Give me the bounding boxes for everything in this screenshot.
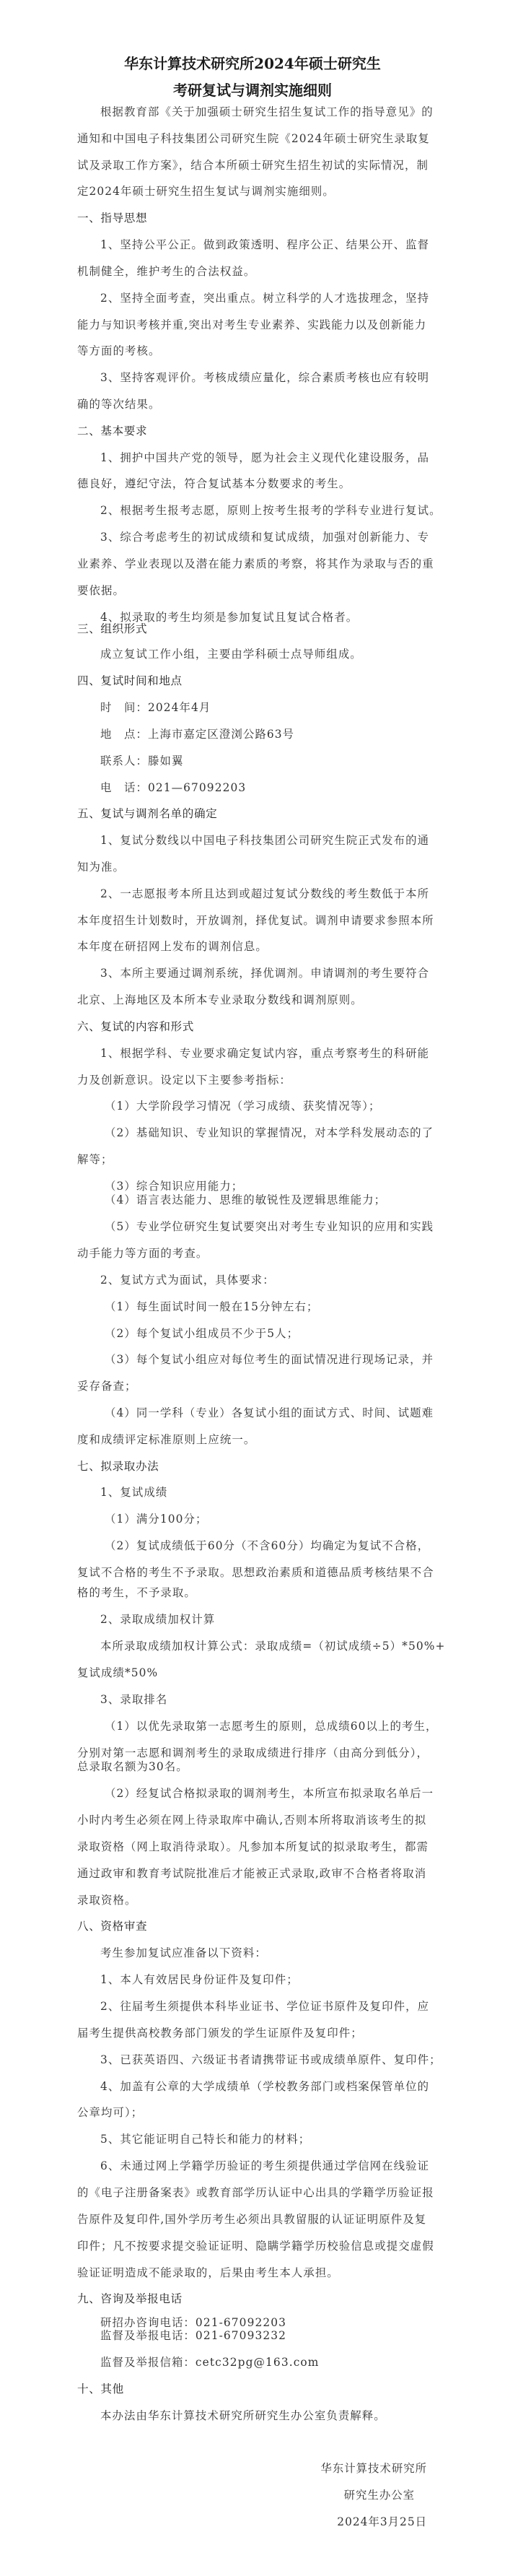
section-8-line: 2、往届考生须提供本科毕业证书、学位证书原件及复印件，应 — [100, 1999, 429, 2014]
contact-phone: 电 话：021—67092203 — [100, 780, 246, 795]
section-7-line: 录取资格（网上取消待录取）。凡参加本所复试的拟录取考生，都需 — [77, 1840, 429, 1854]
section-7-line: （1）满分100分； — [105, 1512, 208, 1526]
section-7-line: 复试不合格的考生不予录取。思想政治素质和道德品质考核结果不合 — [77, 1565, 434, 1580]
section-7-line: 2、录取成绩加权计算 — [100, 1612, 215, 1627]
section-2-line: 1、拥护中国共产党的领导，愿为社会主义现代化建设服务，品 — [100, 451, 429, 465]
signature-org: 华东计算技术研究所 — [320, 2460, 427, 2476]
section-10-line: 本办法由华东计算技术研究所研究生办公室负责解释。 — [100, 2409, 386, 2423]
section-7-line: 录取资格。 — [77, 1893, 136, 1907]
section-5-line: 本年度招生计划数时，开放调剂，择优复试。调剂申请要求参照本所 — [77, 913, 434, 928]
section-1-line: 2、坚持全面考查，突出重点。树立科学的人才选拔理念，坚持 — [100, 291, 429, 305]
section-6-line: 力及创新意识。设定以下主要参考指标： — [77, 1073, 291, 1087]
section-5-line: 1、复试分数线以中国电子科技集团公司研究生院正式发布的通 — [100, 833, 429, 848]
section-5-line: 本年度在研招网上发布的调剂信息。 — [77, 939, 268, 954]
section-7-line: 格的考生，不予录取。 — [77, 1585, 196, 1600]
section-8-line: 告原件及复印件,国外学历考生必须出具教留服的认证证明原件及复 — [77, 2212, 426, 2227]
section-7-line: 3、录取排名 — [100, 1692, 167, 1707]
report-phone: 监督及举报电话：021-67093232 — [100, 2328, 286, 2343]
section-heading-10: 十、其他 — [77, 2382, 124, 2396]
admissions-phone: 研招办咨询电话：021-67092203 — [100, 2315, 286, 2330]
intro-paragraph-line: 定2024年硕士研究生招生复试与调剂实施细则。 — [77, 184, 335, 199]
section-6-line: 动手能力等方面的考查。 — [77, 1246, 208, 1261]
section-2-line: 业素养、学业表现以及潜在能力素质的考察，将其作为录取与否的重 — [77, 557, 434, 571]
section-6-line: （3）综合知识应用能力； — [105, 1179, 243, 1193]
section-heading-6: 六、复试的内容和形式 — [77, 1019, 194, 1034]
section-8-line: 5、其它能证明自己特长和能力的材料； — [100, 2132, 310, 2146]
section-6-line: （5）专业学位研究生复试要突出对考生专业知识的应用和实践 — [105, 1219, 434, 1234]
section-6-line: （2）基础知识、专业知识的掌握情况，对本学科发展动态的了 — [105, 1126, 434, 1140]
section-5-line: 2、一志愿报考本所且达到或超过复试分数线的考生数低于本所 — [100, 887, 429, 901]
section-1-line: 等方面的考核。 — [77, 344, 160, 358]
section-heading-8: 八、资格审查 — [77, 1919, 147, 1933]
section-heading-2: 二、基本要求 — [77, 424, 147, 438]
contact-person: 联系人：滕如翼 — [100, 754, 183, 768]
section-6-line: （1）每生面试时间一般在15分钟左右； — [105, 1300, 319, 1314]
section-1-line: 能力与知识考核并重,突出对考生专业素养、实践能力以及创新能力 — [77, 318, 426, 332]
intro-paragraph-line: 试及录取工作方案》，结合本所硕士研究生招生初试的实际情况，制 — [77, 158, 429, 173]
section-7-line: （2）经复试合格拟录取的调剂考生，本所宣布拟录取名单后一 — [105, 1786, 434, 1801]
section-1-line: 1、坚持公平公正。做到政策透明、程序公正、结果公开、监督 — [100, 238, 429, 252]
section-2-line: 3、综合考虑考生的初试成绩和复试成绩，加强对创新能力、专 — [100, 530, 429, 544]
section-7-line: 1、复试成绩 — [100, 1485, 167, 1500]
section-8-line: 印件；凡不按要求提交验证证明、隐瞒学籍学历校验信息或提交虚假 — [77, 2239, 434, 2253]
signature-office: 研究生办公室 — [344, 2486, 415, 2502]
section-8-line: 4、加盖有公章的大学成绩单（学校教务部门或档案保管单位的 — [100, 2079, 429, 2094]
exam-time: 时 间：2024年4月 — [100, 700, 211, 715]
section-1-line: 确的等次结果。 — [77, 397, 160, 412]
section-2-line: 2、根据考生报考志愿，原则上按考生报考的学科专业进行复试。 — [100, 503, 442, 518]
section-6-line: （4）语言表达能力、思维的敏锐性及逻辑思维能力； — [105, 1193, 386, 1207]
section-5-line: 知为准。 — [77, 860, 125, 874]
signature-date: 2024年3月25日 — [337, 2513, 427, 2529]
report-email[interactable]: 监督及举报信箱：cetc32pg@163.com — [100, 2355, 319, 2370]
section-7-line: 小时内考生必须在网上待录取库中确认,否则本所将取消该考生的拟 — [77, 1813, 426, 1827]
section-6-line: 度和成绩评定标准原则上应统一。 — [77, 1432, 255, 1447]
section-heading-5: 五、复试与调剂名单的确定 — [77, 806, 217, 821]
intro-paragraph-line: 根据教育部《关于加强硕士研究生招生复试工作的指导意见》的 — [100, 105, 434, 119]
section-heading-1: 一、指导思想 — [77, 211, 147, 225]
section-7-line: 总录取名额为30名。 — [77, 1759, 188, 1774]
section-7-line: （1）以优先录取第一志愿考生的原则，总成绩60以上的考生， — [105, 1719, 437, 1733]
section-1-line: 机制健全，维护考生的合法权益。 — [77, 264, 255, 279]
section-8-line: 验证证明造成不能录取的，后果由考生本人承担。 — [77, 2266, 339, 2280]
section-6-line: 2、复试方式为面试，具体要求： — [100, 1273, 275, 1287]
section-6-line: （1）大学阶段学习情况（学习成绩、获奖情况等）； — [105, 1099, 380, 1113]
section-8-line: 3、已获英语四、六级证书者请携带证书或成绩单原件、复印件； — [100, 2053, 442, 2067]
document-title-line-2: 考研复试与调剂实施细则 — [77, 79, 428, 100]
section-heading-4: 四、复试时间和地点 — [77, 674, 183, 688]
section-6-line: （2）每个复试小组成员不少于5人； — [105, 1326, 299, 1341]
section-6-line: 1、根据学科、专业要求确定复试内容，重点考察考生的科研能 — [100, 1046, 429, 1061]
section-6-line: 妥存备查； — [77, 1379, 136, 1393]
section-8-line: 考生参加复试应准备以下资料： — [100, 1946, 267, 1960]
exam-location: 地 点：上海市嘉定区澄浏公路63号 — [100, 727, 294, 741]
section-2-line: 德良好，遵纪守法，符合复试基本分数要求的考生。 — [77, 477, 351, 491]
section-3-line: 成立复试工作小组，主要由学科硕士点导师组成。 — [100, 647, 362, 661]
section-6-line: （4）同一学科（专业）各复试小组的面试方式、时间、试题难 — [105, 1406, 434, 1420]
section-8-line: 的《电子注册备案表》或教育部学历认证中心出具的学籍学历验证报 — [77, 2185, 434, 2200]
section-8-line: 6、未通过网上学籍学历验证的考生须提供通过学信网在线验证 — [100, 2159, 429, 2173]
section-1-line: 3、坚持客观评价。考核成绩应量化，综合素质考核也应有较明 — [100, 370, 429, 385]
section-heading-9: 九、咨询及举报电话 — [77, 2292, 183, 2306]
section-8-line: 届考生提供高校教务部门颁发的学生证原件及复印件； — [77, 2026, 363, 2040]
admission-formula-cont: 复试成绩*50% — [77, 1666, 158, 1680]
section-5-line: 3、本所主要通过调剂系统，择优调剂。申请调剂的考生要符合 — [100, 966, 429, 980]
section-8-line: 1、本人有效居民身份证件及复印件； — [100, 1972, 299, 1987]
section-5-line: 北京、上海地区及本所本专业录取分数线和调剂原则。 — [77, 993, 363, 1007]
section-8-line: 公章均可）； — [77, 2105, 143, 2120]
section-7-line: （2）复试成绩低于60分（不含60分）均确定为复试不合格， — [105, 1539, 429, 1553]
section-2-line: 要依据。 — [77, 583, 125, 598]
intro-paragraph-line: 通知和中国电子科技集团公司研究生院《2024年硕士研究生录取复 — [77, 131, 430, 146]
section-6-line: （3）每个复试小组应对每位考生的面试情况进行现场记录，并 — [105, 1352, 434, 1367]
section-heading-3: 三、组织形式 — [77, 622, 147, 636]
admission-formula: 本所录取成绩加权计算公式：录取成绩=（初试成绩÷5）*50%+ — [100, 1639, 445, 1653]
section-6-line: 解等； — [77, 1152, 113, 1167]
document-title-line-1: 华东计算技术研究所2024年硕士研究生 — [77, 52, 428, 73]
section-7-line: 分别对第一志愿和调剂考生的录取成绩进行排序（由高分到低分）， — [77, 1746, 429, 1760]
section-heading-7: 七、拟录取办法 — [77, 1459, 159, 1474]
section-7-line: 通过政审和教育考试院批准后才能被正式录取,政审不合格者将取消 — [77, 1866, 426, 1881]
